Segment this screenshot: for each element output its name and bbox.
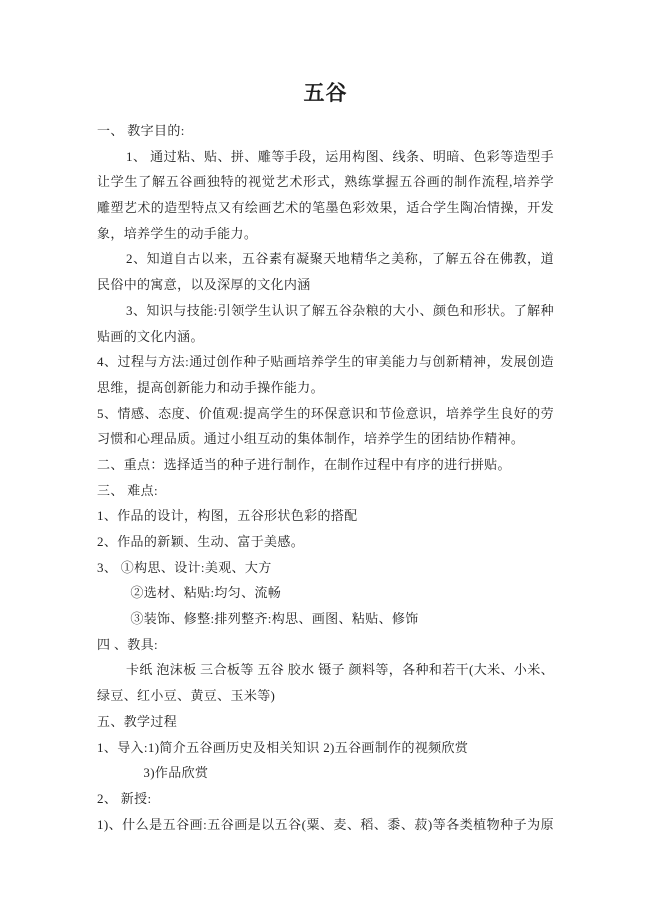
text-line: 民俗中的寓意，以及深厚的文化内涵 [97,272,554,298]
text-line: 3、 ①构思、设计:美观、大方 [97,555,554,581]
text-line: 3)作品欣赏 [97,760,554,786]
text-line: 1、导入:1)简介五谷画历史及相关知识 2)五谷画制作的视频欣赏 [97,735,554,761]
text-line: 让学生了解五谷画独特的视觉艺术形式，熟练掌握五谷画的制作流程,培养学生 [97,169,554,195]
text-line: 雕塑艺术的造型特点又有绘画艺术的笔墨色彩效果，适合学生陶冶情操，开发想 [97,195,554,221]
text-line: 贴画的文化内涵。 [97,324,554,350]
text-line: 思维，提高创新能力和动手操作能力。 [97,375,554,401]
text-line: 卡纸 泡沫板 三合板等 五谷 胶水 镊子 颜料等，各种和若干(大米、小米、 [97,657,554,683]
text-line: ③装饰、修整:排列整齐:构思、画图、粘贴、修饰 [97,606,554,632]
text-line: 四 、教具: [97,632,554,658]
document-body: 一、 教字目的:1、 通过粘、贴、拼、雕等手段，运用构图、线条、明暗、色彩等造型… [97,118,554,837]
text-line: 五、教学过程 [97,709,554,735]
text-line: 1、作品的设计，构图，五谷形状色彩的搭配 [97,503,554,529]
text-line: 3、知识与技能:引领学生认识了解五谷杂粮的大小、颜色和形状。了解种子 [97,298,554,324]
text-line: 绿豆、红小豆、黄豆、玉米等) [97,683,554,709]
text-line: 1)、什么是五谷画:五谷画是以五谷(粟、麦、稻、黍、菽)等各类植物种子为原 [97,812,554,838]
text-line: 2、作品的新颖、生动、富于美感。 [97,529,554,555]
text-line: 2、知道自古以来，五谷素有凝聚天地精华之美称，了解五谷在佛教，道教， [97,246,554,272]
text-line: 一、 教字目的: [97,118,554,144]
document-page: 五谷 一、 教字目的:1、 通过粘、贴、拼、雕等手段，运用构图、线条、明暗、色彩… [0,0,650,919]
text-line: 2、 新授: [97,786,554,812]
text-line: 象，培养学生的动手能力。 [97,221,554,247]
document-title: 五谷 [97,80,554,106]
text-line: 1、 通过粘、贴、拼、雕等手段，运用构图、线条、明暗、色彩等造型手法， [97,144,554,170]
text-line: 5、情感、态度、价值观:提高学生的环保意识和节俭意识，培养学生良好的劳动 [97,401,554,427]
text-line: 三、 难点: [97,478,554,504]
text-line: 4、过程与方法:通过创作种子贴画培养学生的审美能力与创新精神，发展创造性 [97,349,554,375]
text-line: 二、重点：选择适当的种子进行制作，在制作过程中有序的进行拼贴。 [97,452,554,478]
text-line: 习惯和心理品质。通过小组互动的集体制作，培养学生的团结协作精神。 [97,426,554,452]
text-line: ②选材、粘贴:均匀、流畅 [97,580,554,606]
